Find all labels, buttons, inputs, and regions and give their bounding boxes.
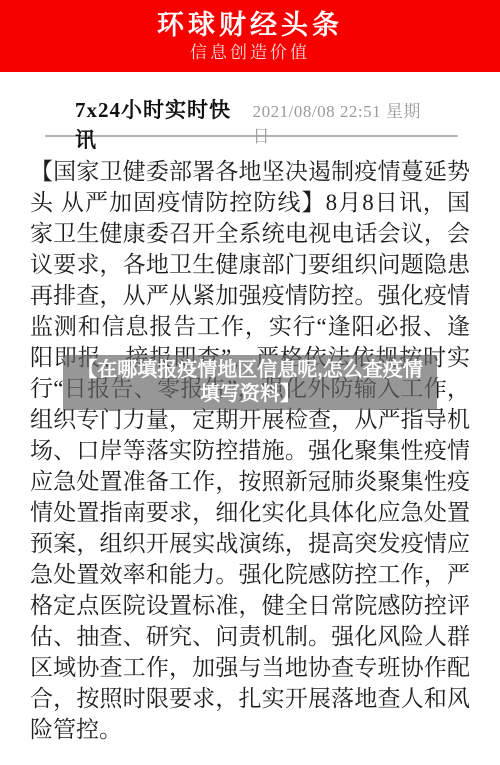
watermark-overlay: 【在哪填报疫情地区信息呢,怎么查疫情填写资料】 — [63, 355, 437, 410]
masthead: 环球财经头条 信息创造价值 — [0, 0, 500, 72]
article-body: 【国家卫健委部署各地坚决遏制疫情蔓延势头 从严加固疫情防控防线】8月8日讯，国家… — [0, 137, 500, 745]
news-bulletin-page: 环球财经头条 信息创造价值 7x24小时实时快讯 2021/08/08 22:5… — [0, 0, 500, 765]
subheader-bar: 7x24小时实时快讯 2021/08/08 22:51 星期日 — [0, 72, 500, 125]
app-slogan: 信息创造价值 — [190, 44, 310, 63]
app-title: 环球财经头条 — [157, 11, 343, 41]
section-title: 7x24小时实时快讯 — [75, 94, 253, 154]
watermark-text: 【在哪填报疫情地区信息呢,怎么查疫情填写资料】 — [69, 358, 431, 406]
timestamp: 2021/08/08 22:51 星期日 — [253, 97, 438, 147]
